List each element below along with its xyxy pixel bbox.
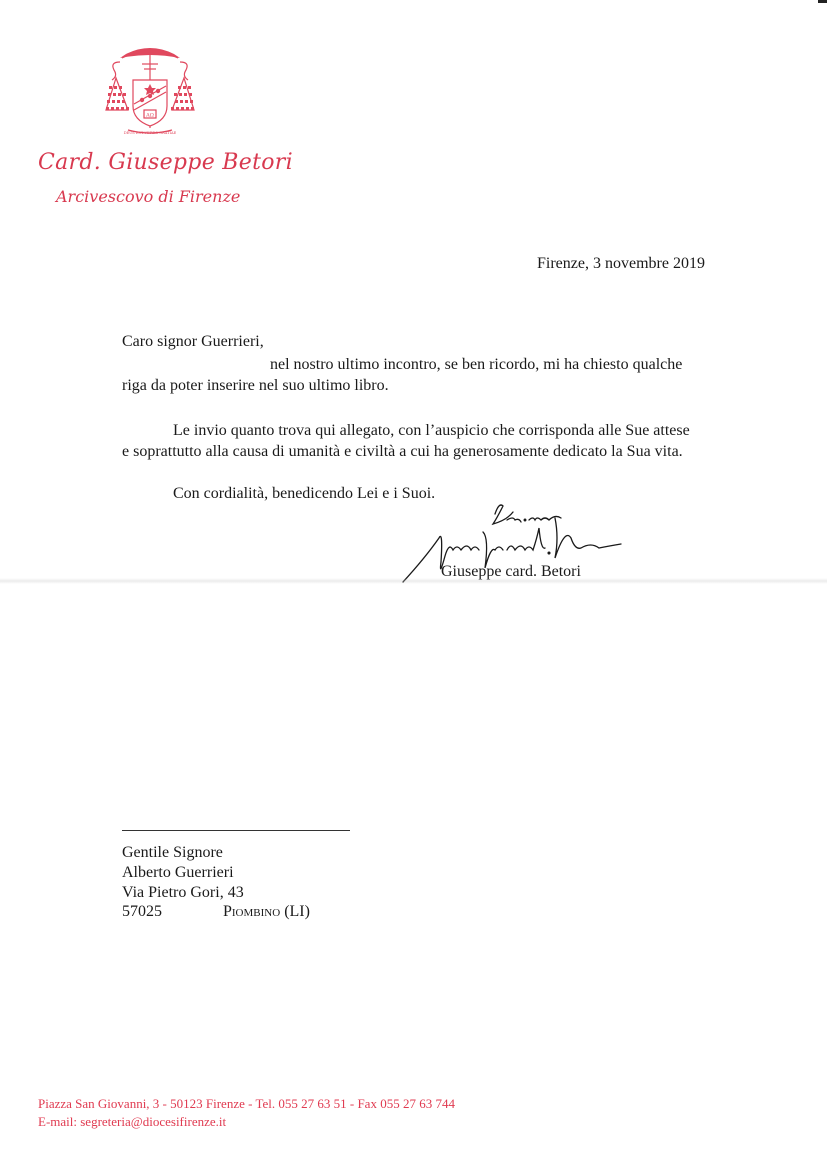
recipient-postcode: 57025 <box>122 903 162 921</box>
paragraph-1-line-1: nel nostro ultimo incontro, se ben ricor… <box>270 354 682 375</box>
address-divider <box>122 830 350 831</box>
sender-title: Arcivescovo di Firenze <box>56 187 240 206</box>
recipient-city: Piombino (LI) <box>223 903 310 921</box>
coat-of-arms-icon: AΩ DEUS EST VERBO GRATIAE <box>100 40 200 140</box>
footer-email: E-mail: segreteria@diocesifirenze.it <box>38 1114 226 1130</box>
paragraph-2-line-1: Le invio quanto trova qui allegato, con … <box>173 420 690 441</box>
paragraph-1-line-2: riga da poter inserire nel suo ultimo li… <box>122 375 389 396</box>
paragraph-2-line-2: e soprattutto alla causa di umanità e ci… <box>122 441 683 462</box>
svg-text:DEUS EST VERBO GRATIAE: DEUS EST VERBO GRATIAE <box>124 131 177 135</box>
recipient-street: Via Pietro Gori, 43 <box>122 884 244 902</box>
recipient-greeting: Gentile Signore <box>122 844 223 862</box>
recipient-name: Alberto Guerrieri <box>122 864 234 882</box>
paper-fold-line <box>0 578 827 584</box>
footer-address: Piazza San Giovanni, 3 - 50123 Firenze -… <box>38 1096 455 1112</box>
recipient-province: (LI) <box>284 903 310 920</box>
place-date: Firenze, 3 novembre 2019 <box>537 255 705 273</box>
scan-corner-mark <box>818 0 827 3</box>
svg-text:AΩ: AΩ <box>145 113 154 119</box>
salutation: Caro signor Guerrieri, <box>122 333 264 351</box>
recipient-city-name: Piombino <box>223 903 280 920</box>
sender-name: Card. Giuseppe Betori <box>38 150 293 175</box>
